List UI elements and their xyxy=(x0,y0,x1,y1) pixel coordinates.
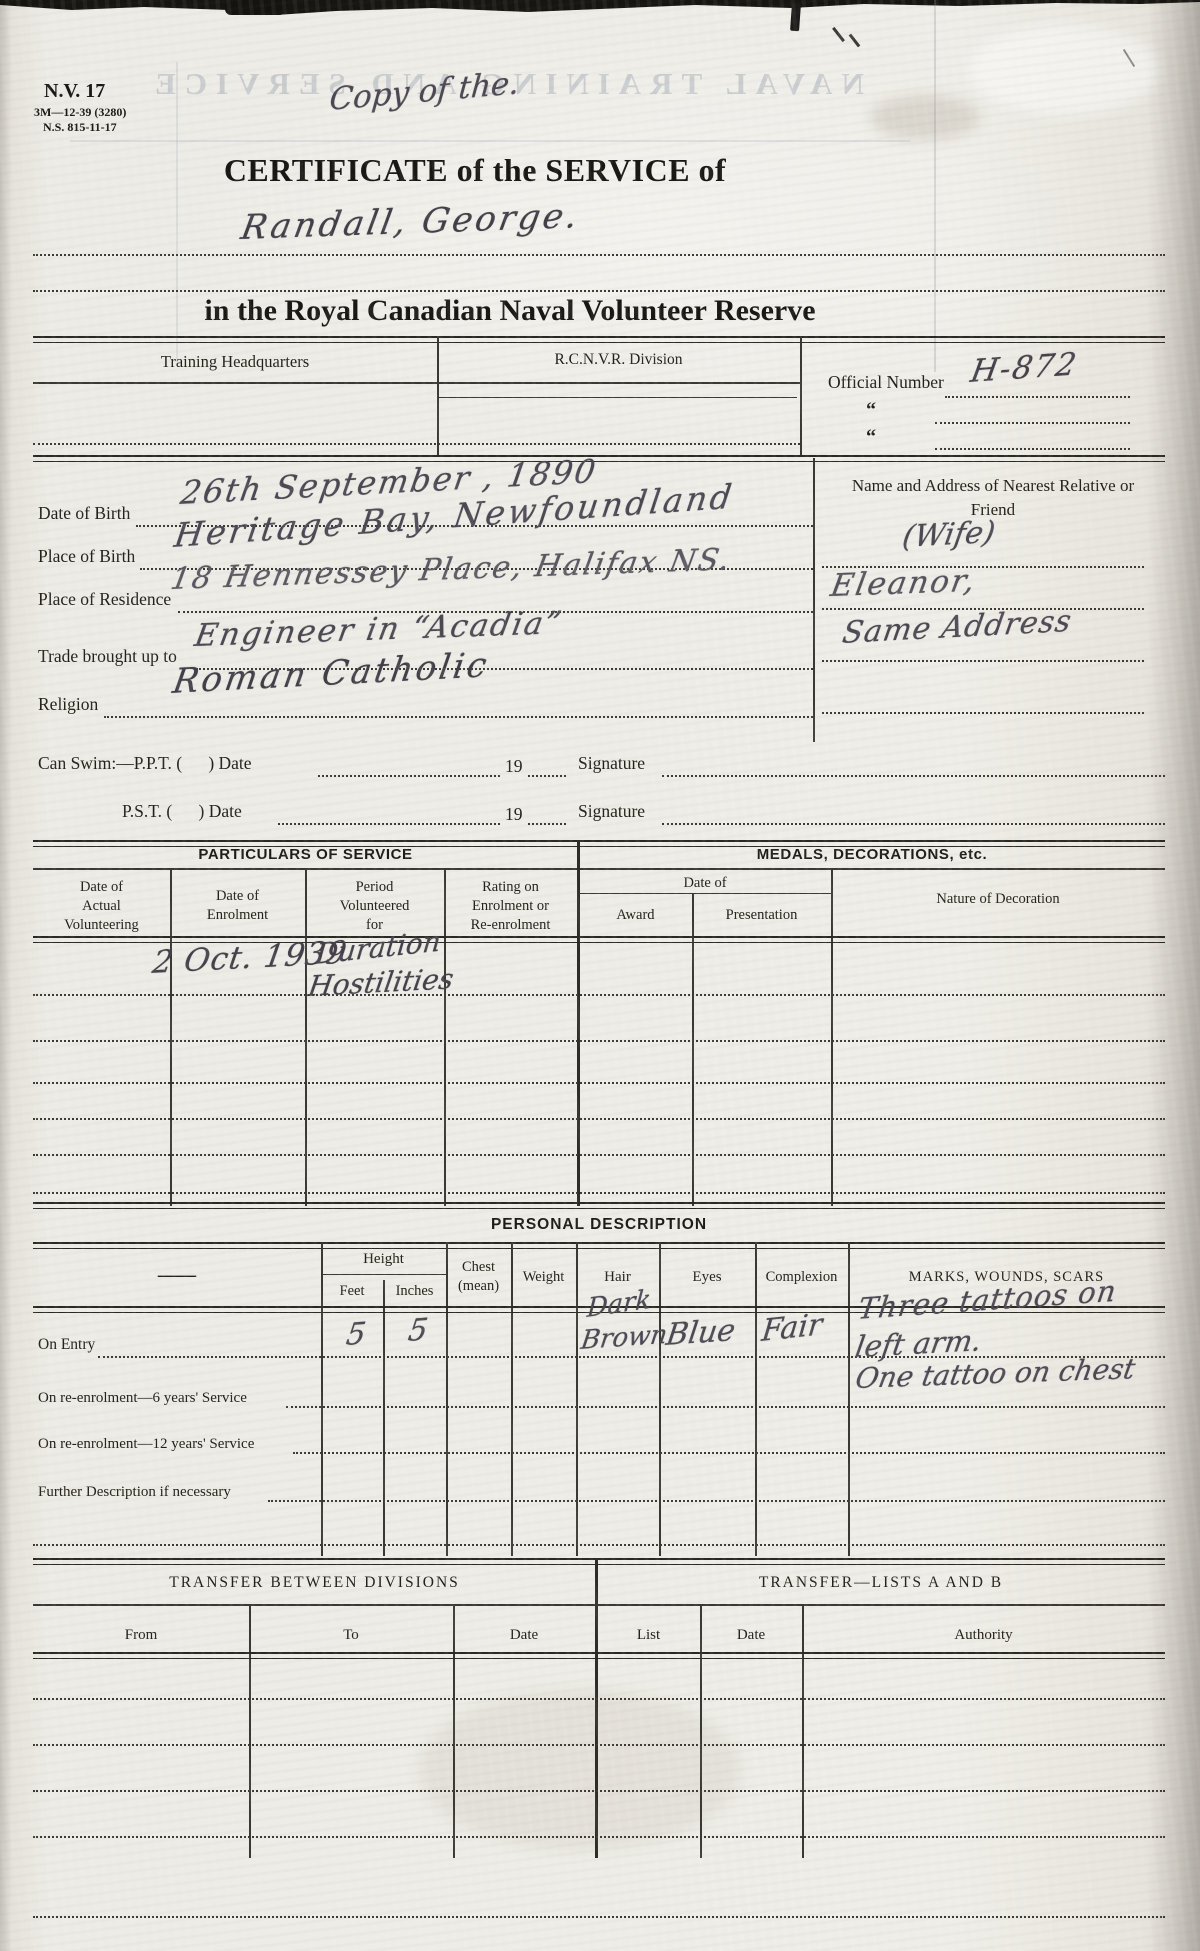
dotted-line xyxy=(318,775,500,777)
dotted-line xyxy=(293,1452,1165,1454)
place-of-birth-label: Place of Birth xyxy=(38,546,135,567)
column-divider xyxy=(659,1242,661,1556)
transfer-divisions-title: TRANSFER BETWEEN DIVISIONS xyxy=(33,1574,596,1592)
rule xyxy=(33,1242,1165,1249)
dotted-line xyxy=(286,1406,1165,1408)
entry-height-inches: 5 xyxy=(406,1312,430,1349)
dotted-line xyxy=(268,1500,1165,1502)
signature-label: Signature xyxy=(578,753,645,774)
dotted-line xyxy=(33,443,800,445)
year-19: 19 xyxy=(505,756,523,777)
line xyxy=(33,868,1165,870)
entry-height-feet: 5 xyxy=(344,1316,368,1353)
rcnvr-division-header: R.C.N.V.R. Division xyxy=(437,351,800,369)
particulars-of-service-title: PARTICULARS OF SERVICE xyxy=(33,846,578,863)
residence-value: 18 Hennessey Place, Halifax NS. xyxy=(168,542,734,597)
pencil-stroke xyxy=(849,34,861,48)
training-headquarters-header: Training Headquarters xyxy=(33,352,437,372)
award-header: Award xyxy=(579,906,692,925)
pencil-stroke xyxy=(832,27,845,42)
rule xyxy=(33,1558,1165,1565)
certificate-title: CERTIFICATE of the SERVICE of xyxy=(130,152,820,189)
entry-eyes: Blue xyxy=(664,1313,738,1353)
reserve-subtitle: in the Royal Canadian Naval Volunteer Re… xyxy=(140,294,880,328)
date-header: Date xyxy=(700,1626,802,1646)
print-code-1: 3M—12-39 (3280) xyxy=(34,105,126,120)
line xyxy=(33,1604,1165,1606)
col-enrolment-header: Date of Enrolment xyxy=(170,887,305,925)
dotted-line xyxy=(935,448,1130,450)
official-number-label: Official Number xyxy=(828,372,944,393)
dotted-line xyxy=(822,660,1144,662)
medals-title: MEDALS, DECORATIONS, etc. xyxy=(579,846,1165,863)
table-row-line xyxy=(33,1790,1165,1792)
relative-wife: (Wife) xyxy=(900,515,998,555)
column-divider xyxy=(800,336,802,457)
column-divider xyxy=(848,1242,850,1556)
ditto-mark: “ xyxy=(866,426,876,449)
line xyxy=(579,893,831,894)
inches-header: Inches xyxy=(383,1282,446,1301)
rule xyxy=(33,336,1165,343)
table-row-line xyxy=(33,1744,1165,1746)
dotted-line xyxy=(945,396,1130,398)
column-divider xyxy=(511,1242,513,1556)
entry-hair-line2: Brown xyxy=(579,1320,669,1356)
list-header: List xyxy=(597,1626,700,1646)
table-row-line xyxy=(33,1192,1165,1194)
entry-complexion: Fair xyxy=(760,1307,824,1349)
table-row-line xyxy=(33,1916,1165,1918)
table-row-line xyxy=(33,1836,1165,1838)
dotted-line xyxy=(104,716,813,718)
section-divider xyxy=(595,1558,598,1858)
dotted-line xyxy=(528,775,566,777)
further-description-row-label: Further Description if necessary xyxy=(38,1484,231,1501)
line xyxy=(321,1274,446,1275)
relative-address: Same Address xyxy=(840,604,1074,651)
table-row-line xyxy=(33,1118,1165,1120)
from-header: From xyxy=(33,1626,249,1646)
dotted-line xyxy=(662,823,1165,825)
column-divider xyxy=(383,1280,385,1556)
can-swim-ppt-label: Can Swim:—P.P.T. ( ) Date xyxy=(38,753,252,774)
table-row-line xyxy=(33,1698,1165,1700)
col-volunteering-header: Date of Actual Volunteering xyxy=(33,878,170,935)
feet-header: Feet xyxy=(321,1282,383,1301)
signature-label: Signature xyxy=(578,801,645,822)
religion-label: Religion xyxy=(38,694,98,715)
personal-description-title: PERSONAL DESCRIPTION xyxy=(33,1216,1165,1234)
date-of-birth-label: Date of Birth xyxy=(38,503,130,524)
scanned-certificate-page: NAVAL TRAINING AND SERVICE N.V. 17 3M—12… xyxy=(0,0,1200,1951)
col-rating-header: Rating on Enrolment or Re-enrolment xyxy=(444,878,577,935)
ghost-line xyxy=(70,140,910,142)
left-edge-shadow xyxy=(0,0,12,1951)
residence-label: Place of Residence xyxy=(38,589,171,610)
weight-header: Weight xyxy=(511,1268,576,1287)
name-rule xyxy=(33,254,1165,256)
reenrolment-6-row-label: On re-enrolment—6 years' Service xyxy=(38,1390,247,1407)
religion-value: Roman Catholic xyxy=(170,645,492,702)
backing-sheet-edge xyxy=(934,0,936,372)
official-number-value: H-872 xyxy=(968,346,1081,390)
reenrolment-12-row-label: On re-enrolment—12 years' Service xyxy=(38,1436,254,1453)
eyes-header: Eyes xyxy=(659,1268,755,1288)
rule xyxy=(33,1652,1165,1659)
chest-header: Chest (mean) xyxy=(446,1258,511,1296)
print-code-2: N.S. 815-11-17 xyxy=(43,120,117,135)
top-edge-blot xyxy=(225,0,287,15)
table-row-line xyxy=(33,994,1165,996)
table-row-line xyxy=(33,1154,1165,1156)
nature-of-decoration-header: Nature of Decoration xyxy=(831,890,1165,909)
dotted-line xyxy=(528,823,566,825)
form-number: N.V. 17 xyxy=(44,80,105,103)
paper-stain xyxy=(420,1690,740,1850)
dotted-line xyxy=(935,422,1130,424)
dotted-line xyxy=(822,712,1144,714)
section-divider xyxy=(577,840,580,1206)
trade-label: Trade brought up to xyxy=(38,646,177,667)
to-header: To xyxy=(249,1626,453,1646)
line xyxy=(33,382,800,384)
presentation-header: Presentation xyxy=(692,906,831,925)
paper-highlight xyxy=(970,25,1160,115)
column-divider xyxy=(755,1242,757,1556)
year-19: 19 xyxy=(505,804,523,825)
table-row-line xyxy=(33,1040,1165,1042)
on-entry-row-label: On Entry xyxy=(38,1336,95,1354)
dotted-line xyxy=(33,1544,1165,1546)
dotted-line xyxy=(662,775,1165,777)
service-member-name: Randall, George. xyxy=(238,196,584,248)
height-header: Height xyxy=(321,1250,446,1270)
table-row-line xyxy=(33,1082,1165,1084)
relative-name: Eleanor, xyxy=(828,563,980,604)
date-header: Date xyxy=(453,1626,595,1646)
ditto-mark: “ xyxy=(866,399,876,422)
relative-column-divider xyxy=(813,458,815,742)
transfer-lists-title: TRANSFER—LISTS A AND B xyxy=(597,1574,1165,1592)
spare-rule xyxy=(33,290,1165,292)
dotted-line xyxy=(278,823,500,825)
line xyxy=(437,397,797,398)
period-entry-line2: Hostilities xyxy=(306,962,456,1003)
medals-date-of-header: Date of xyxy=(579,874,831,893)
authority-header: Authority xyxy=(802,1626,1165,1646)
column-divider xyxy=(576,1242,578,1556)
torn-top-edge xyxy=(0,0,1200,18)
ink-dash-mark xyxy=(790,4,801,32)
rule xyxy=(33,1202,1165,1209)
can-swim-pst-label: P.S.T. ( ) Date xyxy=(122,801,242,822)
entry-hair-line1: Dark xyxy=(586,1284,652,1324)
complexion-header: Complexion xyxy=(755,1268,848,1287)
